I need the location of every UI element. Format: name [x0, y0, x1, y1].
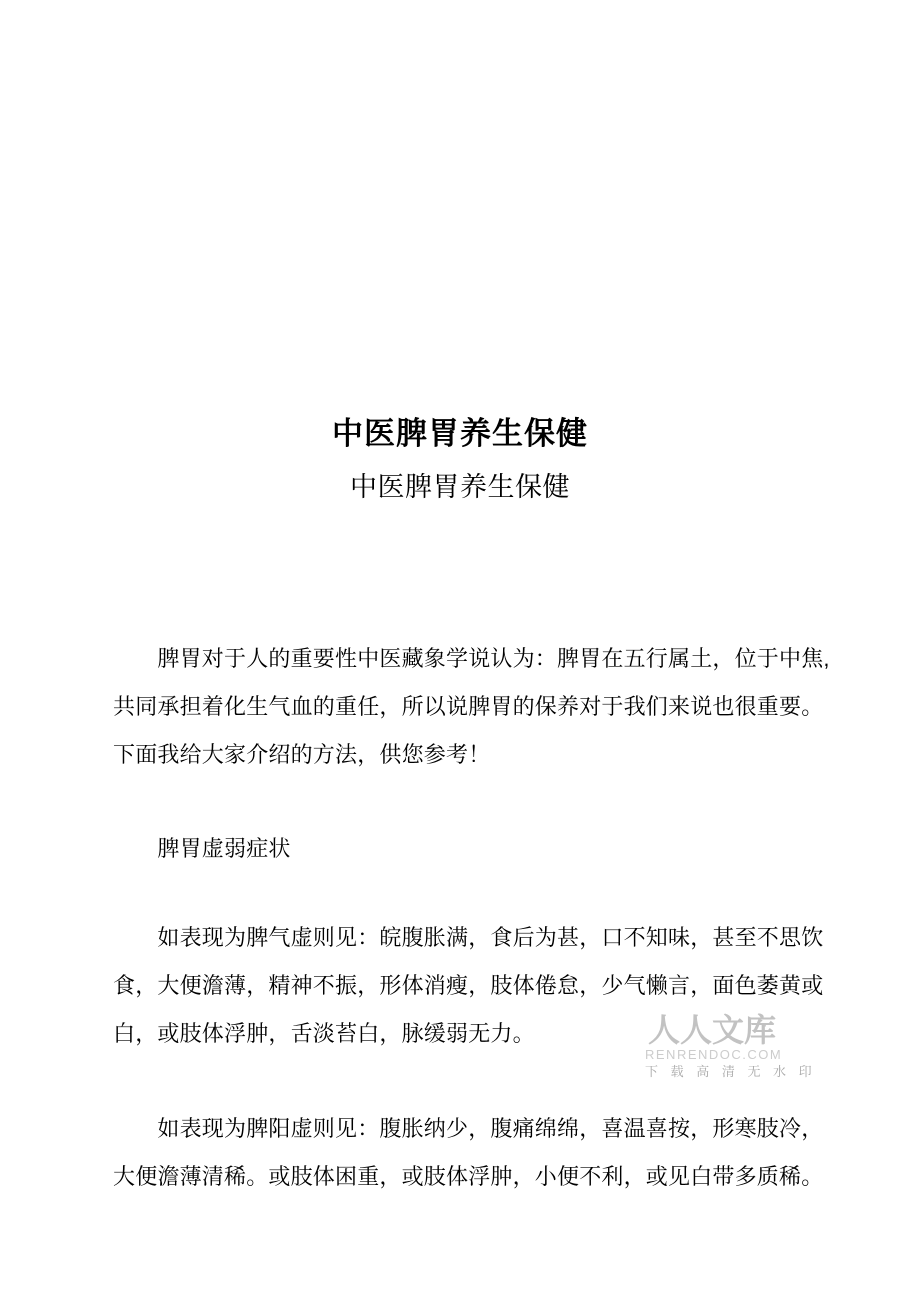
watermark-domain-text: RENRENDOC.COM — [645, 1048, 779, 1062]
site-watermark: 人人文库 RENRENDOC.COM 下 载 高 清 无 水 印 — [645, 1013, 779, 1079]
paragraph-spleen-yang-deficiency: 如表现为脾阳虚则见：腹胀纳少，腹痛绵绵，喜温喜按，形寒肢冷， 大便澹薄清稀。或肢… — [113, 1105, 813, 1201]
paragraph-line: 下面我给大家介绍的方法，供您参考！ — [113, 731, 813, 779]
section-heading: 脾胃虚弱症状 — [113, 825, 813, 873]
paragraph-line: 脾胃对于人的重要性中医藏象学说认为：脾胃在五行属土，位于中焦, — [113, 635, 813, 683]
paragraph-line: 共同承担着化生气血的重任，所以说脾胃的保养对于我们来说也很重要。 — [113, 683, 813, 731]
watermark-tagline-text: 下 载 高 清 无 水 印 — [645, 1065, 779, 1079]
document-page: 中医脾胃养生保健 中医脾胃养生保健 脾胃对于人的重要性中医藏象学说认为：脾胃在五… — [0, 0, 920, 1301]
doc-title: 中医脾胃养生保健 — [113, 413, 807, 455]
doc-subtitle: 中医脾胃养生保健 — [113, 467, 807, 507]
watermark-brand-logo: 人人文库 — [645, 1013, 779, 1047]
paragraph-line: 如表现为脾气虚则见：皖腹胀满，食后为甚，口不知味，甚至不思饮 — [113, 914, 813, 962]
paragraph-intro: 脾胃对于人的重要性中医藏象学说认为：脾胃在五行属土，位于中焦, 共同承担着化生气… — [113, 635, 813, 779]
paragraph-line: 食，大便澹薄，精神不振，形体消瘦，肢体倦怠，少气懒言，面色萎黄或 — [113, 962, 813, 1010]
paragraph-line: 大便澹薄清稀。或肢体困重，或肢体浮肿，小便不利，或见白带多质稀。 — [113, 1153, 813, 1201]
section-heading-text: 脾胃虚弱症状 — [113, 825, 813, 873]
paragraph-line: 如表现为脾阳虚则见：腹胀纳少，腹痛绵绵，喜温喜按，形寒肢冷， — [113, 1105, 813, 1153]
